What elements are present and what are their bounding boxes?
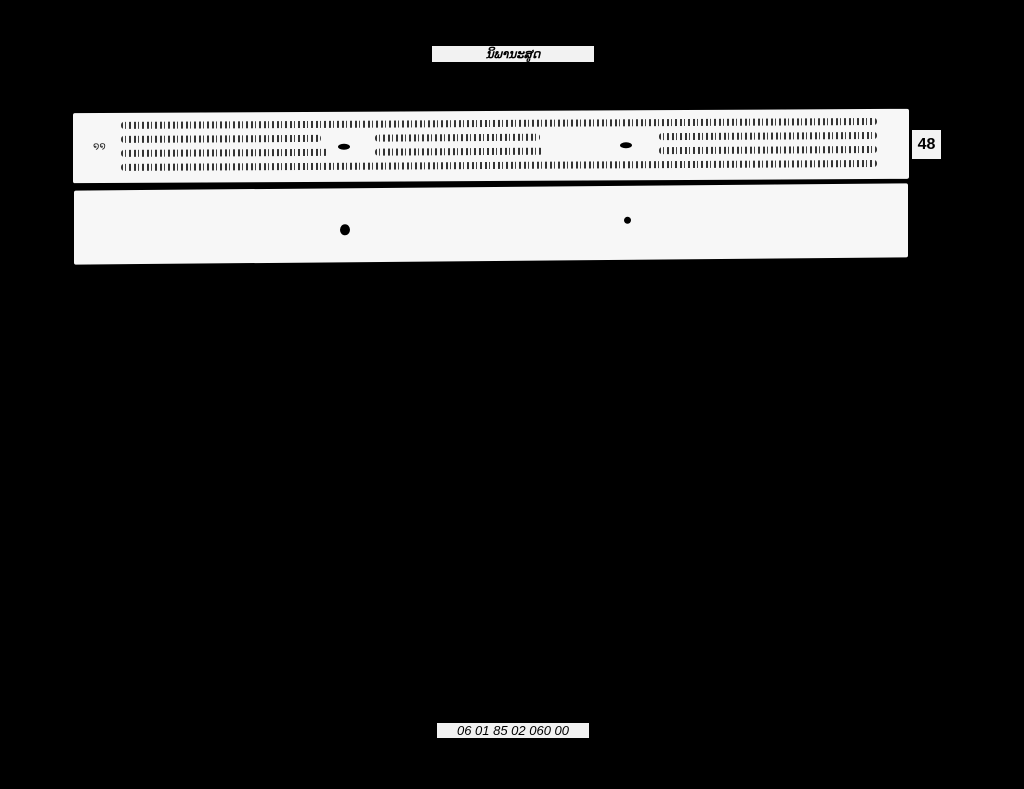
script-glyphs — [659, 132, 877, 140]
manuscript-title-label: ນິພານະສູດ — [432, 46, 594, 62]
palm-leaf-back — [74, 183, 908, 264]
script-glyphs — [121, 149, 329, 157]
manuscript-text-line — [121, 159, 877, 172]
manuscript-text-line — [659, 145, 877, 155]
script-glyphs — [121, 118, 877, 129]
binding-hole — [624, 217, 631, 224]
binding-hole — [340, 224, 350, 235]
script-glyphs — [659, 146, 877, 154]
manuscript-text-line — [375, 133, 540, 143]
script-glyphs — [121, 135, 321, 143]
leaf-number-label: 48 — [912, 130, 941, 159]
script-glyphs — [375, 134, 540, 142]
palm-leaf-front: ໑໑ — [73, 109, 909, 183]
manuscript-text-line — [659, 131, 877, 141]
manuscript-text-line — [121, 134, 321, 144]
script-glyphs — [121, 160, 877, 171]
manuscript-text-line — [121, 117, 877, 130]
archive-code-label: 06 01 85 02 060 00 — [437, 723, 589, 738]
margin-folio-mark: ໑໑ — [93, 141, 106, 152]
binding-hole — [338, 144, 350, 150]
manuscript-text-line — [375, 147, 543, 157]
manuscript-text-line — [121, 148, 329, 158]
script-glyphs — [375, 148, 543, 156]
binding-hole — [620, 142, 632, 148]
